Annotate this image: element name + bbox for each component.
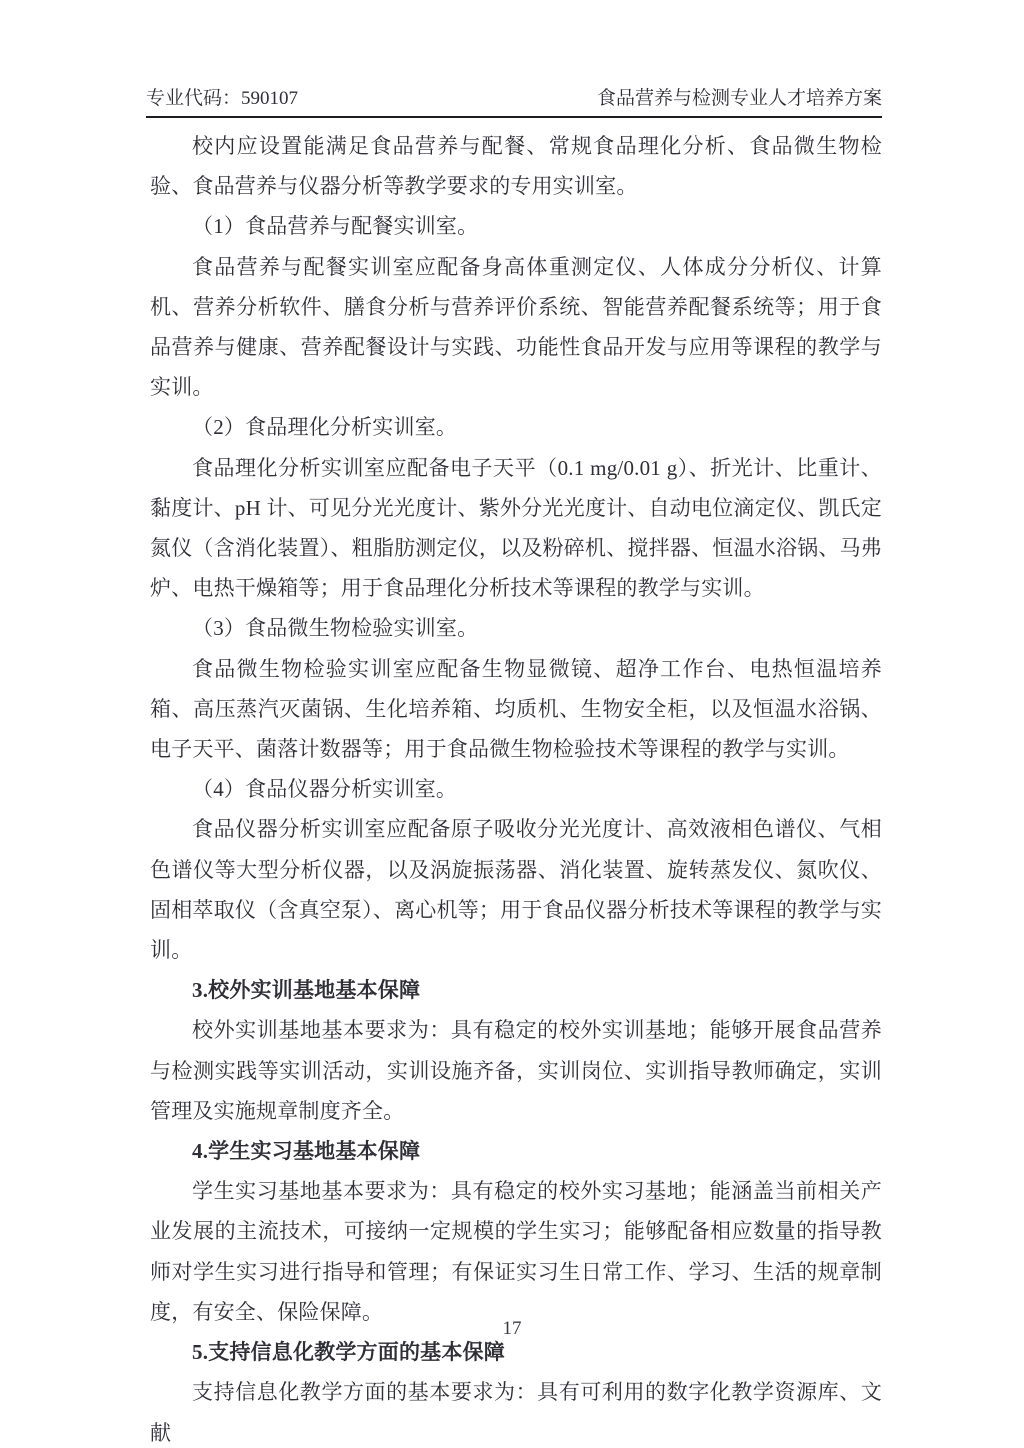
paragraph-item-2-desc: 食品理化分析实训室应配备电子天平（0.1 mg/0.01 g）、折光计、比重计、… [150,448,882,609]
paragraph-item-3-desc: 食品微生物检验实训室应配备生物显微镜、超净工作台、电热恒温培养箱、高压蒸汽灭菌锅… [150,649,882,770]
section-heading-4: 4.学生实习基地基本保障 [150,1131,882,1171]
paragraph-intro: 校内应设置能满足食品营养与配餐、常规食品理化分析、食品微生物检验、食品营养与仪器… [150,126,882,206]
document-body: 校内应设置能满足食品营养与配餐、常规食品理化分析、食品微生物检验、食品营养与仪器… [150,126,882,1448]
paragraph-item-4-desc: 食品仪器分析实训室应配备原子吸收分光光度计、高效液相色谱仪、气相色谱仪等大型分析… [150,809,882,970]
page-header: 专业代码：590107 食品营养与检测专业人才培养方案 [146,86,882,118]
paragraph-item-2: （2）食品理化分析实训室。 [150,407,882,447]
paragraph-section-4: 学生实习基地基本要求为：具有稳定的校外实习基地；能涵盖当前相关产业发展的主流技术… [150,1171,882,1332]
header-document-title: 食品营养与检测专业人才培养方案 [597,86,882,112]
page-number: 17 [503,1318,522,1339]
document-page: 专业代码：590107 食品营养与检测专业人才培养方案 校内应设置能满足食品营养… [0,0,1024,1448]
paragraph-section-5: 支持信息化教学方面的基本要求为：具有可利用的数字化教学资源库、文献 [150,1372,882,1448]
paragraph-item-1: （1）食品营养与配餐实训室。 [150,206,882,246]
paragraph-item-3: （3）食品微生物检验实训室。 [150,608,882,648]
paragraph-item-4: （4）食品仪器分析实训室。 [150,769,882,809]
section-heading-3: 3.校外实训基地基本保障 [150,970,882,1010]
page-footer: 17 [0,1318,1024,1340]
header-major-code: 专业代码：590107 [146,86,298,112]
paragraph-item-1-desc: 食品营养与配餐实训室应配备身高体重测定仪、人体成分分析仪、计算机、营养分析软件、… [150,247,882,408]
paragraph-section-3: 校外实训基地基本要求为：具有稳定的校外实训基地；能够开展食品营养与检测实践等实训… [150,1010,882,1131]
